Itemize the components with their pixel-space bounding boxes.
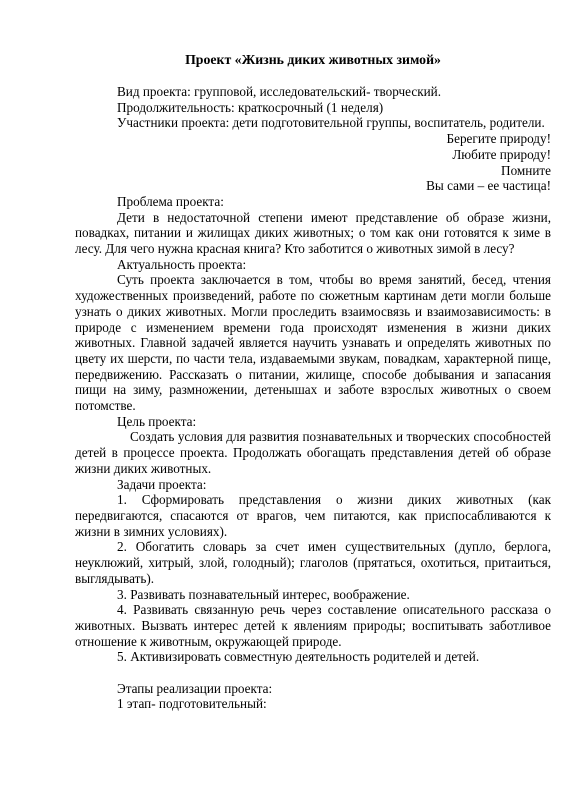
paragraph-project-type: Вид проекта: групповой, исследовательски… [75, 84, 551, 100]
paragraph-task-4: 4. Развивать связанную речь через состав… [75, 602, 551, 649]
paragraph-task-1: 1. Сформировать представления о жизни ди… [75, 492, 551, 539]
epigraph-line-4: Вы сами – ее частица! [75, 178, 551, 194]
paragraph-stage-1: 1 этап- подготовительный: [75, 696, 551, 712]
epigraph-line-1: Берегите природу! [75, 131, 551, 147]
heading-goal: Цель проекта: [75, 414, 551, 430]
paragraph-participants: Участники проекта: дети подготовительной… [75, 115, 551, 131]
paragraph-task-3: 3. Развивать познавательный интерес, воо… [75, 587, 551, 603]
epigraph-line-2: Любите природу! [75, 147, 551, 163]
heading-stages: Этапы реализации проекта: [75, 681, 551, 697]
paragraph-problem: Дети в недостаточной степени имеют предс… [75, 210, 551, 257]
heading-problem: Проблема проекта: [75, 194, 551, 210]
paragraph-task-5: 5. Активизировать совместную деятельност… [75, 649, 551, 665]
paragraph-goal: Создать условия для развития познаватель… [75, 429, 551, 476]
document-page: Проект «Жизнь диких животных зимой» Вид … [0, 0, 566, 800]
document-title: Проект «Жизнь диких животных зимой» [75, 51, 551, 68]
heading-relevance: Актуальность проекта: [75, 257, 551, 273]
heading-tasks: Задачи проекта: [75, 477, 551, 493]
epigraph-line-3: Помните [75, 163, 551, 179]
paragraph-duration: Продолжительность: краткосрочный (1 неде… [75, 100, 551, 116]
paragraph-relevance: Суть проекта заключается в том, чтобы во… [75, 272, 551, 413]
paragraph-task-2: 2. Обогатить словарь за счет имен сущест… [75, 539, 551, 586]
